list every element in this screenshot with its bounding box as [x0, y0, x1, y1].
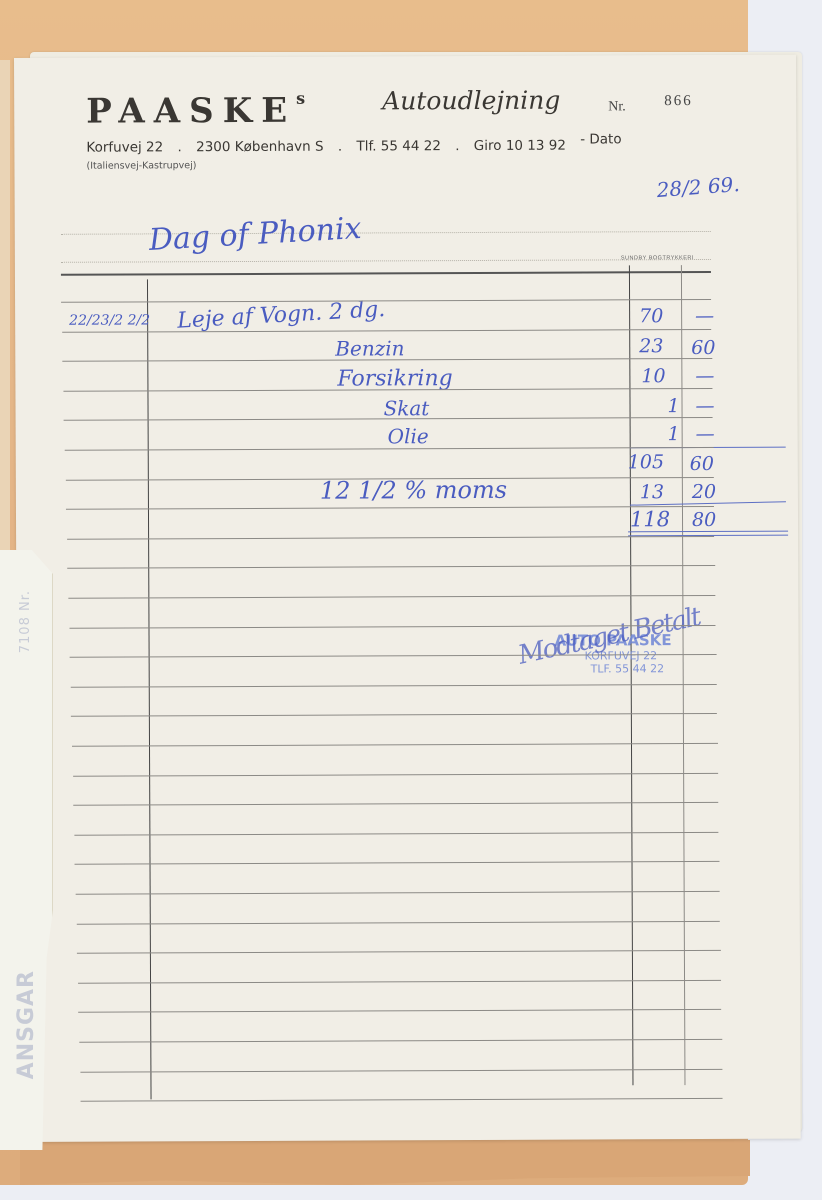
invoice-sheet: PAASKEs Autoudlejning Nr. 866 Korfuvej 2… — [14, 55, 801, 1142]
brand-text: PAASKE — [86, 91, 296, 132]
street: Korfuvej 22 — [86, 139, 163, 155]
row-date-text: 22/23/2 2/2 — [69, 312, 150, 328]
phone: Tlf. 55 44 22 — [356, 138, 441, 154]
ruled-line — [81, 1098, 723, 1102]
line-item-description: Skat — [383, 396, 429, 420]
ruled-line — [72, 743, 717, 747]
ruled-line — [71, 684, 717, 688]
ruled-line — [64, 417, 713, 421]
ruled-line — [74, 832, 719, 836]
ruled-line — [73, 773, 718, 777]
ruled-line — [79, 1039, 721, 1043]
slip-number: 7108 Nr. — [18, 590, 33, 653]
ruled-line — [66, 506, 714, 510]
line-item-description: Olie — [388, 424, 429, 448]
stamp-line-3: TLF. 55 44 22 — [591, 662, 672, 675]
tax-description: 12 1/2 % moms — [320, 476, 507, 505]
brand-name: PAASKEs — [86, 91, 305, 132]
ruled-line — [76, 921, 720, 925]
printer-credit: SUNDBY BOGTRYKKERI — [621, 255, 694, 261]
slip-name: ANSGAR — [14, 970, 39, 1079]
date-column-divider — [147, 279, 152, 1099]
ruled-line — [65, 447, 713, 451]
address-subtitle: (Italiensvej-Kastrupvej) — [86, 160, 196, 171]
ruled-line — [73, 802, 718, 806]
row-date: 22/23/2 2/2 — [69, 313, 150, 327]
ruled-line — [62, 329, 712, 333]
subtotal-kroner: 105 — [628, 451, 664, 473]
brand-suffix: s — [296, 89, 305, 108]
separator: . — [455, 138, 459, 154]
line-item-description: Benzin — [335, 336, 404, 360]
ruled-line — [77, 950, 720, 954]
ruled-line — [67, 536, 715, 540]
folder-edge-strip — [0, 60, 10, 560]
ruled-line — [75, 861, 719, 865]
line-item-kroner: 70 — [639, 305, 663, 327]
ruled-line — [76, 891, 720, 895]
tax-ore: 20 — [692, 481, 716, 503]
date-label: - Dato — [580, 131, 621, 147]
invoice-number: 866 — [664, 93, 693, 110]
recipient-line-2 — [61, 259, 711, 263]
separator: . — [177, 139, 181, 155]
handwritten-recipient: Dag of Phonix — [148, 211, 362, 258]
ruled-line — [68, 565, 715, 569]
ruled-line — [61, 299, 711, 303]
total-double-underline-1 — [628, 531, 788, 533]
ruled-line — [71, 713, 717, 717]
address-line: Korfuvej 22 . 2300 København S . Tlf. 55… — [86, 137, 631, 155]
handwritten-date: 28/2 69. — [656, 172, 741, 202]
ruled-line — [68, 595, 715, 599]
line-item-ore: — — [695, 305, 714, 327]
tax-kroner: 13 — [640, 481, 664, 503]
city: 2300 København S — [196, 139, 324, 156]
ruled-line — [79, 1009, 722, 1013]
table-top-rule — [61, 271, 711, 276]
line-item-kroner: 23 — [639, 335, 663, 357]
line-item-ore: — — [696, 423, 715, 445]
ruled-line — [63, 358, 712, 362]
line-item-ore: — — [695, 395, 714, 417]
line-item-description: Forsikring — [337, 366, 452, 392]
tagline: Autoudlejning — [382, 86, 560, 116]
line-item-kroner: 1 — [667, 395, 679, 417]
total-ore: 80 — [692, 509, 716, 531]
line-item-kroner: 10 — [641, 365, 665, 387]
line-item-kroner: 1 — [668, 423, 680, 445]
ruled-line — [80, 1069, 722, 1073]
line-item-ore: — — [695, 365, 714, 387]
separator: . — [338, 139, 342, 155]
line-item-description: Leje af Vogn. 2 dg. — [177, 297, 386, 334]
ruled-line — [78, 980, 721, 984]
invoice-number-label: Nr. — [608, 99, 626, 115]
line-item-ore: 60 — [691, 337, 715, 359]
giro: Giro 10 13 92 — [474, 138, 566, 154]
subtotal-ore: 60 — [690, 453, 714, 475]
total-kroner: 118 — [630, 507, 670, 531]
